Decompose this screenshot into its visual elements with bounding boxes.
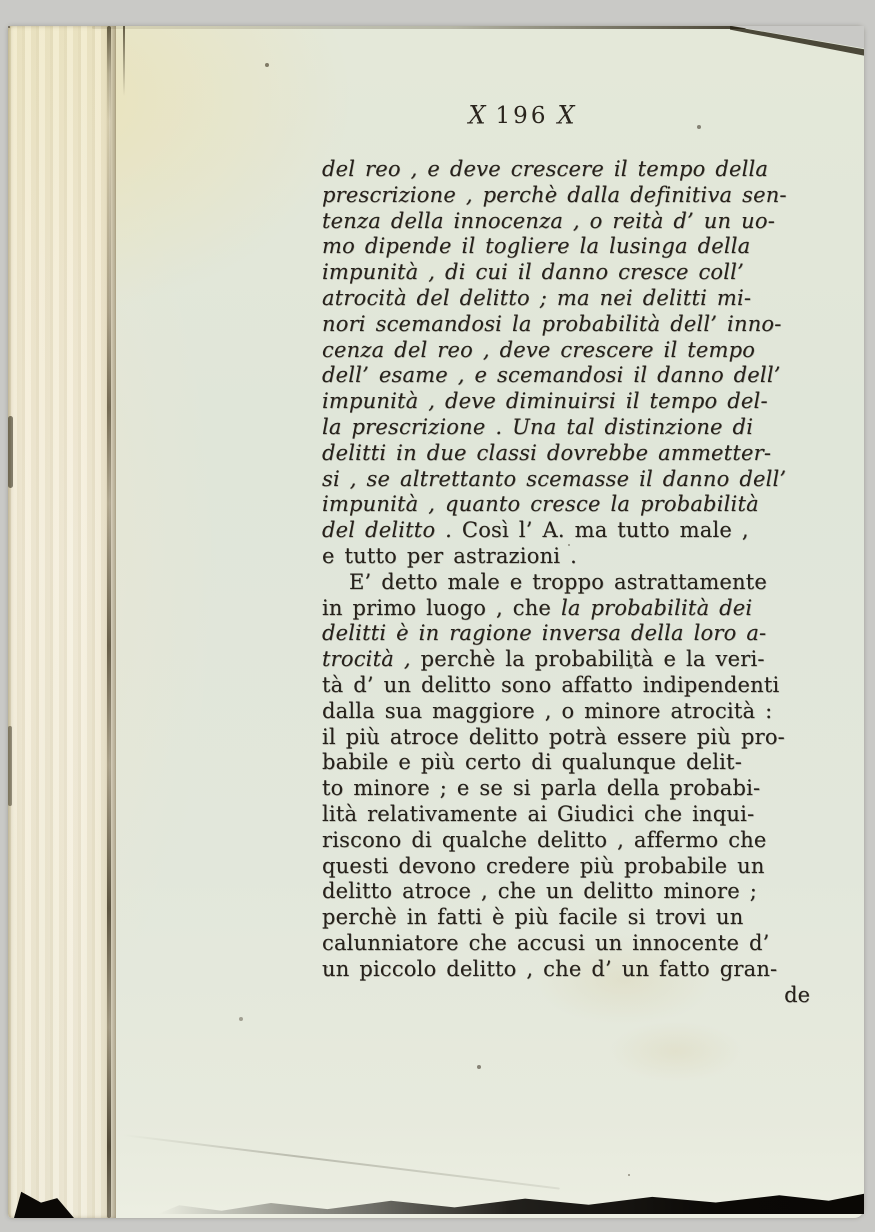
text-line: perchè in fatti è più facile si trovi un (322, 905, 862, 931)
italic-text-segment: mo dipende il togliere la lusinga della (322, 234, 750, 258)
italic-text-segment: la prescrizione . Una tal distinzione di (322, 415, 753, 439)
scanned-book-page: X196X del reo , e deve crescere il tempo… (0, 0, 875, 1232)
italic-text-segment: impunità , di cui il danno cresce coll’ (322, 260, 744, 284)
text-line: questi devono credere più probabile un (322, 854, 862, 880)
text-line: in primo luogo , che la probabilità dei (322, 596, 862, 622)
italic-text-segment: nori scemandosi la probabilità dell’ inn… (322, 312, 782, 336)
text-line: mo dipende il togliere la lusinga della (322, 234, 862, 260)
italic-text-segment: del delitto . (322, 518, 462, 542)
page-header: X196X (322, 100, 722, 131)
text-line: del reo , e deve crescere il tempo della (322, 157, 862, 183)
italic-text-segment: prescrizione , perchè dalla definitiva s… (322, 183, 787, 207)
text-line: delitti in due classi dovrebbe ammetter- (322, 441, 862, 467)
roman-text-segment: babile e più certo di qualunque delit- (322, 750, 742, 774)
body-text: del reo , e deve crescere il tempo della… (322, 157, 862, 983)
text-line: impunità , quanto cresce la probabilità (322, 492, 862, 518)
gutter-crack-line-secondary (123, 26, 125, 96)
text-line: la prescrizione . Una tal distinzione di (322, 415, 862, 441)
text-line: si , se altrettanto scemasse il danno de… (322, 467, 862, 493)
italic-text-segment: impunità , deve diminuirsi il tempo del- (322, 389, 768, 413)
text-line: tà d’ un delitto sono affatto indipenden… (322, 673, 862, 699)
header-ornament-right: X (548, 99, 584, 131)
text-line: lità relativamente ai Giudici che inqui- (322, 802, 862, 828)
italic-text-segment: la probabilità dei (561, 596, 752, 620)
text-line: tenza della innocenza , o reità d’ un uo… (322, 209, 862, 235)
roman-text-segment: lità relativamente ai Giudici che inqui- (322, 802, 754, 826)
roman-text-segment: calunniatore che accusi un innocente d’ (322, 931, 769, 955)
text-line: calunniatore che accusi un innocente d’ (322, 931, 862, 957)
italic-text-segment: atrocità del delitto ; ma nei delitti mi… (322, 286, 751, 310)
italic-text-segment: tenza della innocenza , o reità d’ un uo… (322, 209, 775, 233)
text-line: to minore ; e se si parla della probabi- (322, 776, 862, 802)
roman-text-segment: delitto atroce , che un delitto minore ; (322, 879, 757, 903)
text-line: il più atroce delitto potrà essere più p… (322, 725, 862, 751)
page-number: 196 (496, 103, 549, 129)
roman-text-segment: tà d’ un delitto sono affatto indipenden… (322, 673, 779, 697)
book-page: X196X del reo , e deve crescere il tempo… (8, 26, 864, 1218)
paper-specks (8, 26, 10, 28)
italic-text-segment: trocità , (322, 647, 421, 671)
header-ornament-left: X (459, 99, 495, 131)
binding-deckle-edge (8, 26, 116, 1218)
text-line: cenza del reo , deve crescere il tempo (322, 338, 862, 364)
text-line: un piccolo delitto , che d’ un fatto gra… (322, 957, 862, 983)
text-line: E’ detto male e troppo astrattamente (322, 570, 862, 596)
roman-text-segment: perchè in fatti è più facile si trovi un (322, 905, 743, 929)
italic-text-segment: cenza del reo , deve crescere il tempo (322, 338, 755, 362)
text-line: del delitto . Così l’ A. ma tutto male , (322, 518, 862, 544)
text-line: dalla sua maggiore , o minore atrocità : (322, 699, 862, 725)
roman-text-segment: questi devono credere più probabile un (322, 854, 765, 878)
roman-text-segment: il più atroce delitto potrà essere più p… (322, 725, 785, 749)
paper-crease (123, 1134, 560, 1190)
text-line: impunità , deve diminuirsi il tempo del- (322, 389, 862, 415)
roman-text-segment: perchè la probabilità e la veri- (421, 647, 765, 671)
gutter-crack-line (107, 26, 111, 1218)
left-edge-shadow-mark (8, 726, 12, 806)
roman-text-segment: un piccolo delitto , che d’ un fatto gra… (322, 957, 777, 981)
italic-text-segment: impunità , quanto cresce la probabilità (322, 492, 759, 516)
text-line: babile e più certo di qualunque delit- (322, 750, 862, 776)
roman-text-segment: Così l’ A. ma tutto male , (462, 518, 749, 542)
roman-text-segment: e tutto per astrazioni . (322, 544, 577, 568)
text-line: riscono di qualche delitto , affermo che (322, 828, 862, 854)
italic-text-segment: del reo , e deve crescere il tempo della (322, 157, 768, 181)
text-line: delitti è in ragione inversa della loro … (322, 621, 862, 647)
italic-text-segment: delitti in due classi dovrebbe ammetter- (322, 441, 771, 465)
roman-text-segment: riscono di qualche delitto , affermo che (322, 828, 767, 852)
page-top-edge-line (92, 26, 746, 29)
text-line: nori scemandosi la probabilità dell’ inn… (322, 312, 862, 338)
roman-text-segment: dalla sua maggiore , o minore atrocità : (322, 699, 772, 723)
text-line: atrocità del delitto ; ma nei delitti mi… (322, 286, 862, 312)
text-line: trocità , perchè la probabilità e la ver… (322, 647, 862, 673)
roman-text-segment: in primo luogo , che (322, 596, 561, 620)
text-block: X196X del reo , e deve crescere il tempo… (322, 96, 862, 1008)
text-line: e tutto per astrazioni . (322, 544, 862, 570)
left-edge-shadow-mark (8, 416, 13, 488)
roman-text-segment: to minore ; e se si parla della probabi- (322, 776, 760, 800)
italic-text-segment: dell’ esame , e scemandosi il danno dell… (322, 363, 781, 387)
bottom-edge-shadow (158, 1192, 864, 1214)
text-line: delitto atroce , che un delitto minore ; (322, 879, 862, 905)
text-line: prescrizione , perchè dalla definitiva s… (322, 183, 862, 209)
roman-text-segment: E’ detto male e troppo astrattamente (349, 570, 767, 594)
text-line: dell’ esame , e scemandosi il danno dell… (322, 363, 862, 389)
catchword: de (322, 983, 862, 1009)
italic-text-segment: delitti è in ragione inversa della loro … (322, 621, 766, 645)
italic-text-segment: si , se altrettanto scemasse il danno de… (322, 467, 786, 491)
text-line: impunità , di cui il danno cresce coll’ (322, 260, 862, 286)
